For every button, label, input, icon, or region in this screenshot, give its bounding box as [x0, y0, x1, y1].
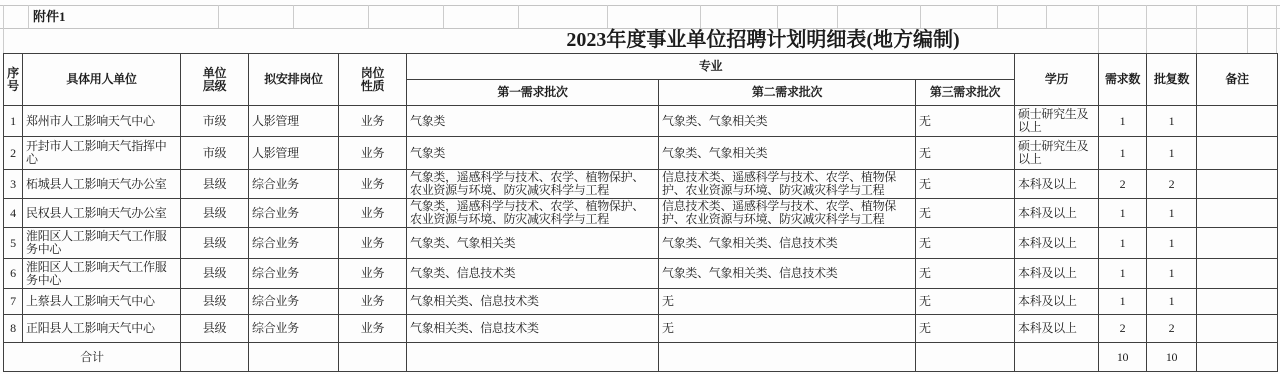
cell-remark: [1197, 106, 1278, 137]
gridline: [997, 5, 998, 28]
total-demand: 10: [1099, 343, 1147, 372]
cell-batch3: 无: [916, 170, 1015, 199]
cell-education: 本科及以上: [1015, 289, 1099, 315]
table-row: 8 正阳县人工影响天气中心 县级 综合业务 业务 气象相关类、信息技术类 无 无…: [4, 315, 1278, 343]
table-row: 5 淮阳区人工影响天气工作服务中心 县级 综合业务 业务 气象类、气象相关类 气…: [4, 228, 1278, 259]
cell-remark: [1197, 199, 1278, 228]
cell-batch2: 气象类、气象相关类、信息技术类: [659, 228, 916, 259]
cell-demand: 1: [1099, 199, 1147, 228]
cell-batch1: 气象相关类、信息技术类: [407, 315, 659, 343]
cell-nature: 业务: [339, 199, 407, 228]
cell-nature: 业务: [339, 106, 407, 137]
cell-approved: 1: [1147, 106, 1197, 137]
gridline: [368, 5, 369, 28]
cell-nature: 业务: [339, 170, 407, 199]
cell-batch2: 气象类、气象相关类、信息技术类: [659, 259, 916, 289]
cell-batch1: 气象类、气象相关类: [407, 228, 659, 259]
gridline: [1146, 5, 1147, 53]
cell-approved: 1: [1147, 289, 1197, 315]
header-position: 拟安排岗位: [249, 54, 339, 106]
cell-level: 县级: [181, 170, 249, 199]
cell-remark: [1197, 259, 1278, 289]
table-row: 1 郑州市人工影响天气中心 市级 人影管理 业务 气象类 气象类、气象相关类 无…: [4, 106, 1278, 137]
gridline: [3, 5, 4, 53]
header-demand: 需求数: [1099, 54, 1147, 106]
cell-nature: 业务: [339, 315, 407, 343]
cell-approved: 1: [1147, 228, 1197, 259]
cell-unit: 正阳县人工影响天气中心: [23, 315, 181, 343]
cell-batch1: 气象类，遥感科学与技术、农学、植物保护、农业资源与环境、防灾减灾科学与工程: [407, 170, 659, 199]
cell-batch3: 无: [916, 137, 1015, 170]
header-major: 专业: [407, 54, 1015, 80]
total-batch2-empty: [659, 343, 916, 372]
gridline: [607, 5, 608, 28]
cell-level: 市级: [181, 137, 249, 170]
recruitment-plan-table: 序号 具体用人单位 单位 层级 拟安排岗位 岗位 性质 专业 学历 需求数 批复…: [3, 53, 1278, 372]
table-row: 7 上蔡县人工影响天气中心 县级 综合业务 业务 气象相关类、信息技术类 无 无…: [4, 289, 1278, 315]
cell-nature: 业务: [339, 289, 407, 315]
cell-demand: 2: [1099, 170, 1147, 199]
cell-demand: 2: [1099, 315, 1147, 343]
cell-batch1: 气象类: [407, 137, 659, 170]
cell-batch2: 信息技术类、遥感科学与技术、农学、植物保护、农业资源与环境、防灾减灾科学与工程: [659, 170, 916, 199]
cell-position: 综合业务: [249, 170, 339, 199]
cell-batch1: 气象类: [407, 106, 659, 137]
cell-position: 综合业务: [249, 259, 339, 289]
cell-remark: [1197, 315, 1278, 343]
header-unit: 具体用人单位: [23, 54, 181, 106]
cell-batch2: 气象类、气象相关类: [659, 106, 916, 137]
page-title: 2023年度事业单位招聘计划明细表(地方编制): [566, 27, 959, 53]
cell-batch3: 无: [916, 315, 1015, 343]
total-level-empty: [181, 343, 249, 372]
cell-batch1: 气象相关类、信息技术类: [407, 289, 659, 315]
cell-seq: 3: [4, 170, 23, 199]
table-row: 3 柘城县人工影响天气办公室 县级 综合业务 业务 气象类，遥感科学与技术、农学…: [4, 170, 1278, 199]
header-approved: 批复数: [1147, 54, 1197, 106]
cell-batch3: 无: [916, 228, 1015, 259]
table-row: 2 开封市人工影响天气指挥中心 市级 人影管理 业务 气象类 气象类、气象相关类…: [4, 137, 1278, 170]
cell-demand: 1: [1099, 106, 1147, 137]
cell-education: 本科及以上: [1015, 315, 1099, 343]
total-remark-empty: [1197, 343, 1278, 372]
cell-approved: 2: [1147, 170, 1197, 199]
cell-remark: [1197, 289, 1278, 315]
header-batch3: 第三需求批次: [916, 80, 1015, 106]
gridline: [1098, 5, 1099, 53]
cell-unit: 开封市人工影响天气指挥中心: [23, 137, 181, 170]
header-seq: 序号: [4, 54, 23, 106]
cell-level: 市级: [181, 106, 249, 137]
total-row: 合计 10 10: [4, 343, 1278, 372]
cell-nature: 业务: [339, 259, 407, 289]
gridline: [1276, 5, 1277, 53]
header-row-1: 序号 具体用人单位 单位 层级 拟安排岗位 岗位 性质 专业 学历 需求数 批复…: [4, 54, 1278, 80]
cell-education: 本科及以上: [1015, 170, 1099, 199]
cell-approved: 1: [1147, 137, 1197, 170]
cell-education: 本科及以上: [1015, 259, 1099, 289]
cell-position: 人影管理: [249, 106, 339, 137]
header-education: 学历: [1015, 54, 1099, 106]
cell-education: 本科及以上: [1015, 228, 1099, 259]
cell-position: 综合业务: [249, 228, 339, 259]
gridline: [293, 5, 294, 28]
cell-demand: 1: [1099, 289, 1147, 315]
header-batch2: 第二需求批次: [659, 80, 916, 106]
cell-batch2: 信息技术类、遥感科学与技术、农学、植物保护、农业资源与环境、防灾减灾科学与工程: [659, 199, 916, 228]
gridline: [837, 5, 838, 28]
header-level: 单位 层级: [181, 54, 249, 106]
cell-education: 硕士研究生及以上: [1015, 106, 1099, 137]
cell-approved: 2: [1147, 315, 1197, 343]
cell-level: 县级: [181, 199, 249, 228]
cell-unit: 郑州市人工影响天气中心: [23, 106, 181, 137]
cell-batch1: 气象类，遥感科学与技术、农学、植物保护、农业资源与环境、防灾减灾科学与工程: [407, 199, 659, 228]
cell-level: 县级: [181, 289, 249, 315]
cell-unit: 民权县人工影响天气办公室: [23, 199, 181, 228]
cell-batch3: 无: [916, 259, 1015, 289]
cell-unit: 柘城县人工影响天气办公室: [23, 170, 181, 199]
gridline: [920, 5, 921, 28]
cell-remark: [1197, 170, 1278, 199]
cell-seq: 6: [4, 259, 23, 289]
cell-seq: 4: [4, 199, 23, 228]
total-nature-empty: [339, 343, 407, 372]
cell-demand: 1: [1099, 259, 1147, 289]
cell-level: 县级: [181, 228, 249, 259]
cell-unit: 上蔡县人工影响天气中心: [23, 289, 181, 315]
gridline: [443, 5, 444, 28]
total-education-empty: [1015, 343, 1099, 372]
gridline: [777, 5, 778, 28]
cell-approved: 1: [1147, 259, 1197, 289]
cell-demand: 1: [1099, 137, 1147, 170]
cell-unit: 淮阳区人工影响天气工作服务中心: [23, 228, 181, 259]
cell-seq: 2: [4, 137, 23, 170]
attachment-label: 附件1: [33, 5, 66, 28]
cell-seq: 1: [4, 106, 23, 137]
cell-nature: 业务: [339, 137, 407, 170]
cell-education: 硕士研究生及以上: [1015, 137, 1099, 170]
cell-seq: 8: [4, 315, 23, 343]
header-batch1: 第一需求批次: [407, 80, 659, 106]
cell-remark: [1197, 137, 1278, 170]
header-nature: 岗位 性质: [339, 54, 407, 106]
cell-batch3: 无: [916, 106, 1015, 137]
gridline: [700, 5, 701, 28]
gridline: [1046, 5, 1047, 28]
table-row: 6 淮阳区人工影响天气工作服务中心 县级 综合业务 业务 气象类、信息技术类 气…: [4, 259, 1278, 289]
cell-unit: 淮阳区人工影响天气工作服务中心: [23, 259, 181, 289]
cell-batch3: 无: [916, 199, 1015, 228]
table-row: 4 民权县人工影响天气办公室 县级 综合业务 业务 气象类，遥感科学与技术、农学…: [4, 199, 1278, 228]
cell-position: 人影管理: [249, 137, 339, 170]
cell-position: 综合业务: [249, 289, 339, 315]
cell-nature: 业务: [339, 228, 407, 259]
cell-position: 综合业务: [249, 199, 339, 228]
cell-seq: 5: [4, 228, 23, 259]
gridline: [218, 5, 219, 28]
cell-batch2: 气象类、气象相关类: [659, 137, 916, 170]
total-batch3-empty: [916, 343, 1015, 372]
cell-demand: 1: [1099, 228, 1147, 259]
cell-approved: 1: [1147, 199, 1197, 228]
total-batch1-empty: [407, 343, 659, 372]
gridline: [1247, 5, 1248, 53]
cell-seq: 7: [4, 289, 23, 315]
total-position-empty: [249, 343, 339, 372]
header-remark: 备注: [1197, 54, 1278, 106]
gridline: [1196, 5, 1197, 53]
cell-level: 县级: [181, 259, 249, 289]
cell-level: 县级: [181, 315, 249, 343]
gridline: [518, 5, 519, 28]
cell-batch1: 气象类、信息技术类: [407, 259, 659, 289]
gridline: [0, 5, 1280, 6]
total-label: 合计: [4, 343, 181, 372]
cell-education: 本科及以上: [1015, 199, 1099, 228]
gridline: [28, 5, 29, 28]
cell-position: 综合业务: [249, 315, 339, 343]
total-approved: 10: [1147, 343, 1197, 372]
cell-batch2: 无: [659, 289, 916, 315]
cell-remark: [1197, 228, 1278, 259]
cell-batch3: 无: [916, 289, 1015, 315]
cell-batch2: 无: [659, 315, 916, 343]
document-page: 附件1 2023年度事业单位招聘计划明细表(地方编制) 序号 具体用人单位 单位…: [0, 0, 1280, 374]
